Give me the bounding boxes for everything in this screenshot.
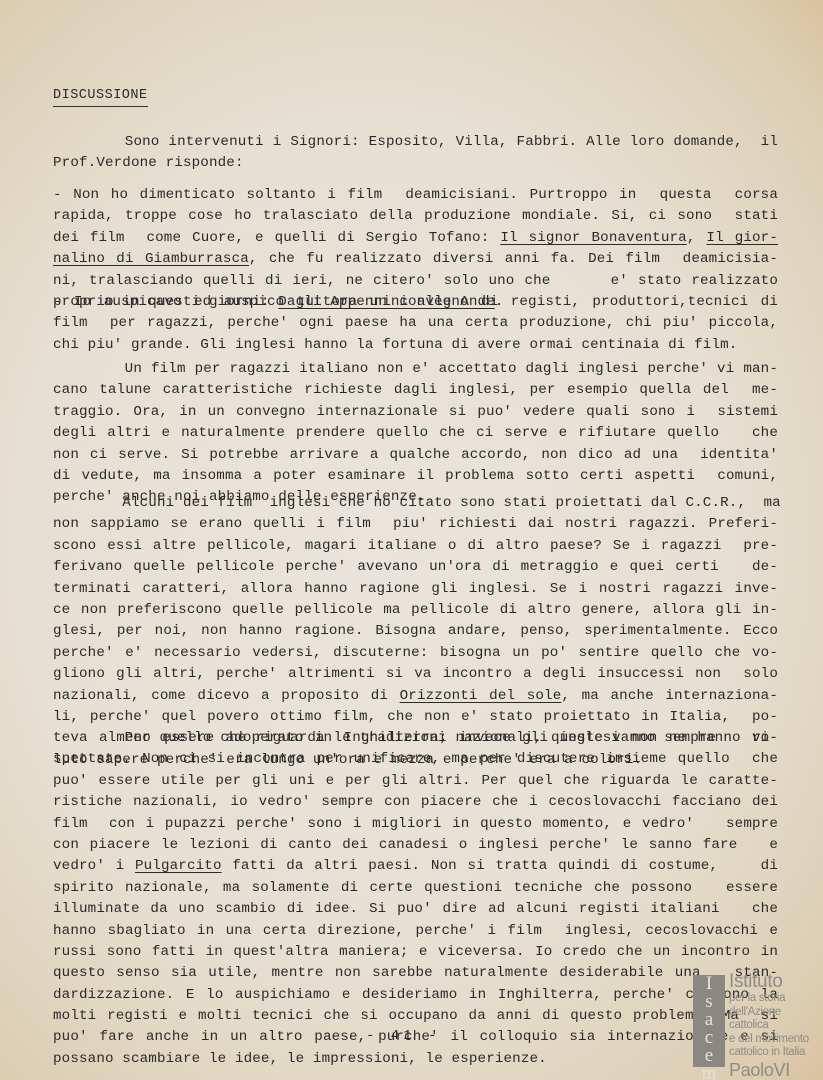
text-line: rapida, troppe cose ho tralasciato della… <box>53 206 778 227</box>
text-line: vedro' i Pulgarcito fatti da altri paesi… <box>53 856 778 877</box>
text-line: nalino di Giamburrasca, che fu realizzat… <box>53 249 778 270</box>
text-line: perche' e' necessario vedersi, discutern… <box>53 643 778 664</box>
logo-monogram-box: I s a c e m <box>693 975 725 1067</box>
logo-text: Istituto per la storia dell'Azione catto… <box>729 972 823 1080</box>
underlined-title: nalino di Giamburrasca <box>53 251 249 267</box>
text-line: Prof.Verdone risponde: <box>53 153 778 174</box>
text-line: possano scambiare le idee, le impression… <box>53 1049 778 1070</box>
text-line: di vedute, ma insomma a poter esaminare … <box>53 466 778 487</box>
text-line: - Non ho dimenticato soltanto i film dea… <box>53 185 778 206</box>
text-line: - Io auspicavo ed auspico tuttora un con… <box>53 292 778 313</box>
text-line: dardizzazione. E lo auspichiamo e deside… <box>53 985 778 1006</box>
logo-line: dell'Azione cattolica <box>729 1006 823 1033</box>
text-line: dei film come Cuore, e quelli di Sergio … <box>53 228 778 249</box>
text-line: Un film per ragazzi italiano non e' acce… <box>53 359 778 380</box>
text-line: spirito nazionale, ma solamente di certe… <box>53 878 778 899</box>
logo-line: Istituto <box>729 972 823 992</box>
section-heading: DISCUSSIONE <box>53 88 148 107</box>
text-line: puo' essere utile per gli uni e per gli … <box>53 771 778 792</box>
text-line: Sono intervenuti i Signori: Esposito, Vi… <box>53 132 778 153</box>
text-line: ferivano quelle pellicole perche' avevan… <box>53 557 778 578</box>
text-line: ni, tralasciando quelli di ieri, ne cite… <box>53 271 778 292</box>
text-line: non ci serve. Si potrebbe arrivare a qua… <box>53 445 778 466</box>
logo-line: e del movimento <box>729 1033 823 1047</box>
text-line: ristiche nazionali, io vedro' sempre con… <box>53 792 778 813</box>
text-line: glesi, per noi, non hanno ragione. Bisog… <box>53 621 778 642</box>
text-line: illuminate da uno scambio di idee. Si pu… <box>53 899 778 920</box>
page-number: - 41 - <box>366 1028 440 1044</box>
text-line: degli altri e naturalmente prendere quel… <box>53 423 778 444</box>
document-page: DISCUSSIONE Sono intervenuti i Signori: … <box>0 0 823 1080</box>
text-line: terminati caratteri, allora hanno ragion… <box>53 579 778 600</box>
paragraph: Sono intervenuti i Signori: Esposito, Vi… <box>53 132 778 175</box>
paragraph: Un film per ragazzi italiano non e' acce… <box>53 359 778 509</box>
text-line: film con i pupazzi perche' sono i miglio… <box>53 814 778 835</box>
text-line: film per ragazzi, perche' ogni paese ha … <box>53 313 778 334</box>
text-line: Alcuni dei film inglesi che ho citato so… <box>53 493 778 514</box>
text-line: questo senso sia utile, mentre non sareb… <box>53 963 778 984</box>
text-line: molti registi e molti tecnici che si occ… <box>53 1006 778 1027</box>
paragraph: - Io auspicavo ed auspico tuttora un con… <box>53 292 778 356</box>
logo-letter: m <box>693 1065 725 1080</box>
paragraph: Per quello che riguarda le tradizioni na… <box>53 728 778 1070</box>
text-line: cano talune caratteristiche richieste da… <box>53 380 778 401</box>
text-line: traggio. Ora, in un convegno internazion… <box>53 402 778 423</box>
logo-line: PaoloVI <box>729 1060 823 1080</box>
text-line: spettate. Non ci si incontra per unifica… <box>53 749 778 770</box>
underlined-title: Il gior- <box>706 230 778 246</box>
underlined-title: Il signor Bonaventura <box>500 230 687 246</box>
underlined-title: Orizzonti del sole <box>400 688 562 704</box>
text-line: li, perche' quel povero ottimo film, che… <box>53 707 778 728</box>
text-line: russi sono fatti in quest'altra maniera;… <box>53 942 778 963</box>
text-line: Per quello che riguarda le tradizioni na… <box>53 728 778 749</box>
logo-line: per la storia <box>729 992 823 1006</box>
text-line: con piacere le lezioni di canto dei cana… <box>53 835 778 856</box>
text-line: chi piu' grande. Gli inglesi hanno la fo… <box>53 335 778 356</box>
text-line: ce non preferiscono quelle pellicole ma … <box>53 600 778 621</box>
text-line: scono essi altre pellicole, magari itali… <box>53 536 778 557</box>
logo-line: cattolico in Italia <box>729 1046 823 1060</box>
text-line: nazionali, come dicevo a proposito di Or… <box>53 686 778 707</box>
text-line: non sappiamo se erano quelli i film piu'… <box>53 514 778 535</box>
isacem-watermark-logo: I s a c e m Istituto per la storia dell'… <box>693 970 823 1070</box>
underlined-title: Pulgarcito <box>135 858 222 874</box>
text-line: gliono gli altri, perche' altrimenti si … <box>53 664 778 685</box>
text-line: hanno sbagliato in una certa direzione, … <box>53 921 778 942</box>
